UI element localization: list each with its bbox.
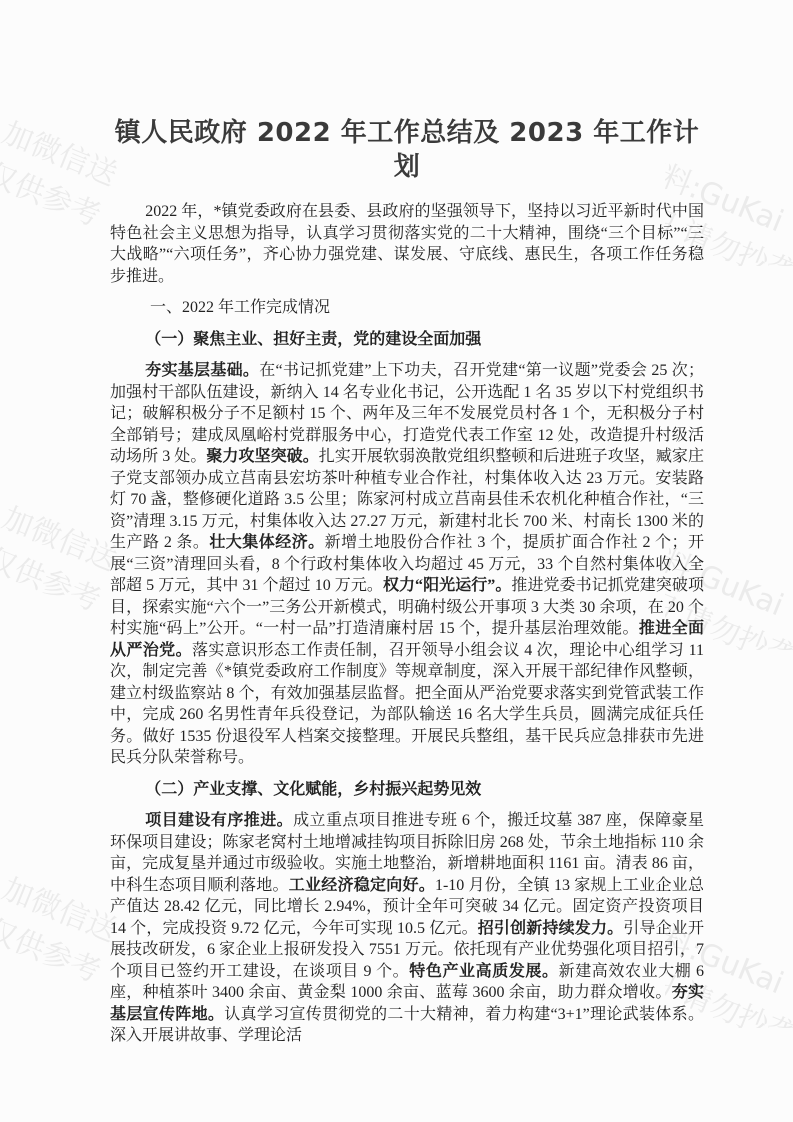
document-body: 镇人民政府 2022 年工作总结及 2023 年工作计划 2022 年，*镇党委…: [110, 116, 704, 1057]
document-blocks: 2022 年，*镇党委政府在县委、县政府的坚强领导下，坚持以习近平新时代中国特色…: [110, 201, 704, 1047]
bold-run: 聚力攻坚突破。: [206, 448, 318, 465]
bold-run: 权力“阳光运行”。: [383, 577, 511, 594]
subsection-heading: （二）产业支撑、文化赋能，乡村振兴起势见效: [110, 779, 704, 801]
text-run: 2022 年，*镇党委政府在县委、县政府的坚强领导下，坚持以习近平新时代中国特色…: [110, 203, 704, 285]
paragraph: 夯实基层基础。在“书记抓党建”上下功夫，召开党建“第一议题”党委会 25 次；加…: [110, 360, 704, 769]
watermark-line: 加微信送: [0, 112, 123, 198]
bold-run: 招引创新持续发力。: [478, 920, 624, 937]
bold-run: 项目建设有序推进。: [145, 812, 293, 829]
watermark-line: 仅供参考: [0, 538, 107, 624]
section-heading: 一、2022 年工作完成情况: [110, 297, 704, 319]
watermark-line: 加微信送: [0, 497, 123, 583]
watermark-left-top: 加微信送 仅供参考: [0, 112, 123, 239]
text-run: 落实意识形态工作责任制，召开领导小组会议 4 次，理论中心组学习 11 次，制定…: [110, 642, 704, 767]
watermark-line: 仅供参考: [0, 909, 107, 995]
watermark-line: 加微信送: [0, 868, 123, 954]
document-page: 加微信送 仅供参考 加微信送 仅供参考 加微信送 仅供参考 资料:GuKai 学…: [0, 0, 793, 1122]
watermark-left-bottom: 加微信送 仅供参考: [0, 868, 123, 995]
subsection-heading: （一）聚焦主业、担好主责，党的建设全面加强: [110, 329, 704, 351]
bold-run: 特色产业高质发展。: [409, 963, 558, 980]
watermark-left-middle: 加微信送 仅供参考: [0, 497, 123, 624]
bold-run: 壮大集体经济。: [209, 534, 324, 551]
bold-run: 夯实基层基础。: [145, 362, 259, 379]
watermark-line: 仅供参考: [0, 153, 107, 239]
paragraph: 2022 年，*镇党委政府在县委、县政府的坚强领导下，坚持以习近平新时代中国特色…: [110, 201, 704, 287]
bold-run: 工业经济稳定向好。: [289, 877, 435, 894]
document-title: 镇人民政府 2022 年工作总结及 2023 年工作计划: [110, 116, 704, 184]
paragraph: 项目建设有序推进。成立重点项目推进专班 6 个，搬迁坟墓 387 座，保障豪星环…: [110, 810, 704, 1047]
